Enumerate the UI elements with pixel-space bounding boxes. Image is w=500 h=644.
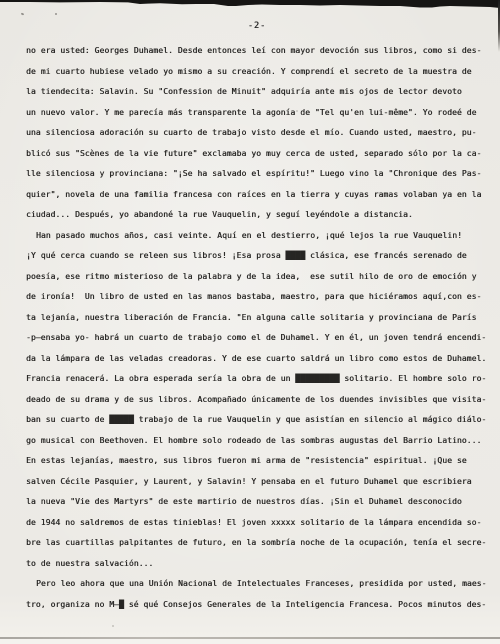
- text-line: lle silenciosa y provinciana: "¡Se ha sa…: [26, 164, 488, 185]
- text-line: En estas lejanías, maestro, sus libros f…: [26, 451, 488, 472]
- scanned-page: -2- no era usted: Georges Duhamel. Desde…: [0, 0, 500, 644]
- text-line: una silenciosa adoración su cuarto de tr…: [26, 123, 488, 144]
- page-number: -2-: [0, 21, 500, 31]
- text-line: to de nuestra salvación...: [26, 554, 488, 575]
- text-line: deado de su drama y de sus libros. Acomp…: [26, 390, 488, 411]
- scan-speck: [296, 110, 298, 112]
- text-line: quier", novela de una familia francesa c…: [26, 185, 488, 206]
- text-line: go musical con Beethoven. El hombre solo…: [26, 431, 488, 452]
- text-line: de 1944 no saldremos de estas tinieblas!…: [26, 513, 488, 534]
- text-line: de ironía! Un libro de usted en las mano…: [26, 287, 488, 308]
- text-line: da la lámpara de las veladas creadoras. …: [26, 349, 488, 370]
- scan-bottom-edge-line: [0, 637, 500, 639]
- text-line: ta lejanía, nuestra liberación de Franci…: [26, 308, 488, 329]
- text-line: ¡Y qué cerca cuando se releen sus libros…: [26, 246, 488, 267]
- text-line: la nueva "Vie des Martyrs" de este marti…: [26, 492, 488, 513]
- scan-speck: [55, 13, 57, 15]
- text-line: un nuevo valor. Y me parecía más transpa…: [26, 103, 488, 124]
- text-line: no era usted: Georges Duhamel. Desde ent…: [26, 41, 488, 62]
- text-line: blicó sus "Scènes de la vie future" excl…: [26, 144, 488, 165]
- text-line: de mi cuarto hubiese velado yo mismo a s…: [26, 62, 488, 83]
- scan-speck: [21, 12, 25, 15]
- text-line: tro, organiza no M̶█ sé qué Consejos Gen…: [26, 595, 488, 616]
- text-line: Pero leo ahora que una Unión Nacional de…: [26, 574, 488, 595]
- text-line: la tiendecita: Salavin. Su "Confession d…: [26, 82, 488, 103]
- text-line: ciudad... Después, yo abandoné la rue Va…: [26, 205, 488, 226]
- text-line: poesía, ese ritmo misterioso de la palab…: [26, 267, 488, 288]
- torn-paper-edge: [0, 0, 500, 18]
- text-line: salven Cécile Pasquier, y Laurent, y Sal…: [26, 472, 488, 493]
- scan-speck: [112, 625, 114, 627]
- text-line: -p̶ensaba yo- habrá un cuarto de trabajo…: [26, 328, 488, 349]
- text-line: Francia renacerá. La obra esperada sería…: [26, 369, 488, 390]
- text-line: Han pasado muchos años, casi veinte. Aqu…: [26, 226, 488, 247]
- text-line: bre las cuartillas palpitantes de futuro…: [26, 533, 488, 554]
- document-text: no era usted: Georges Duhamel. Desde ent…: [26, 41, 488, 615]
- text-line: ban su cuarto de █████ trabajo de la rue…: [26, 410, 488, 431]
- scan-bottom-strip: [0, 639, 500, 644]
